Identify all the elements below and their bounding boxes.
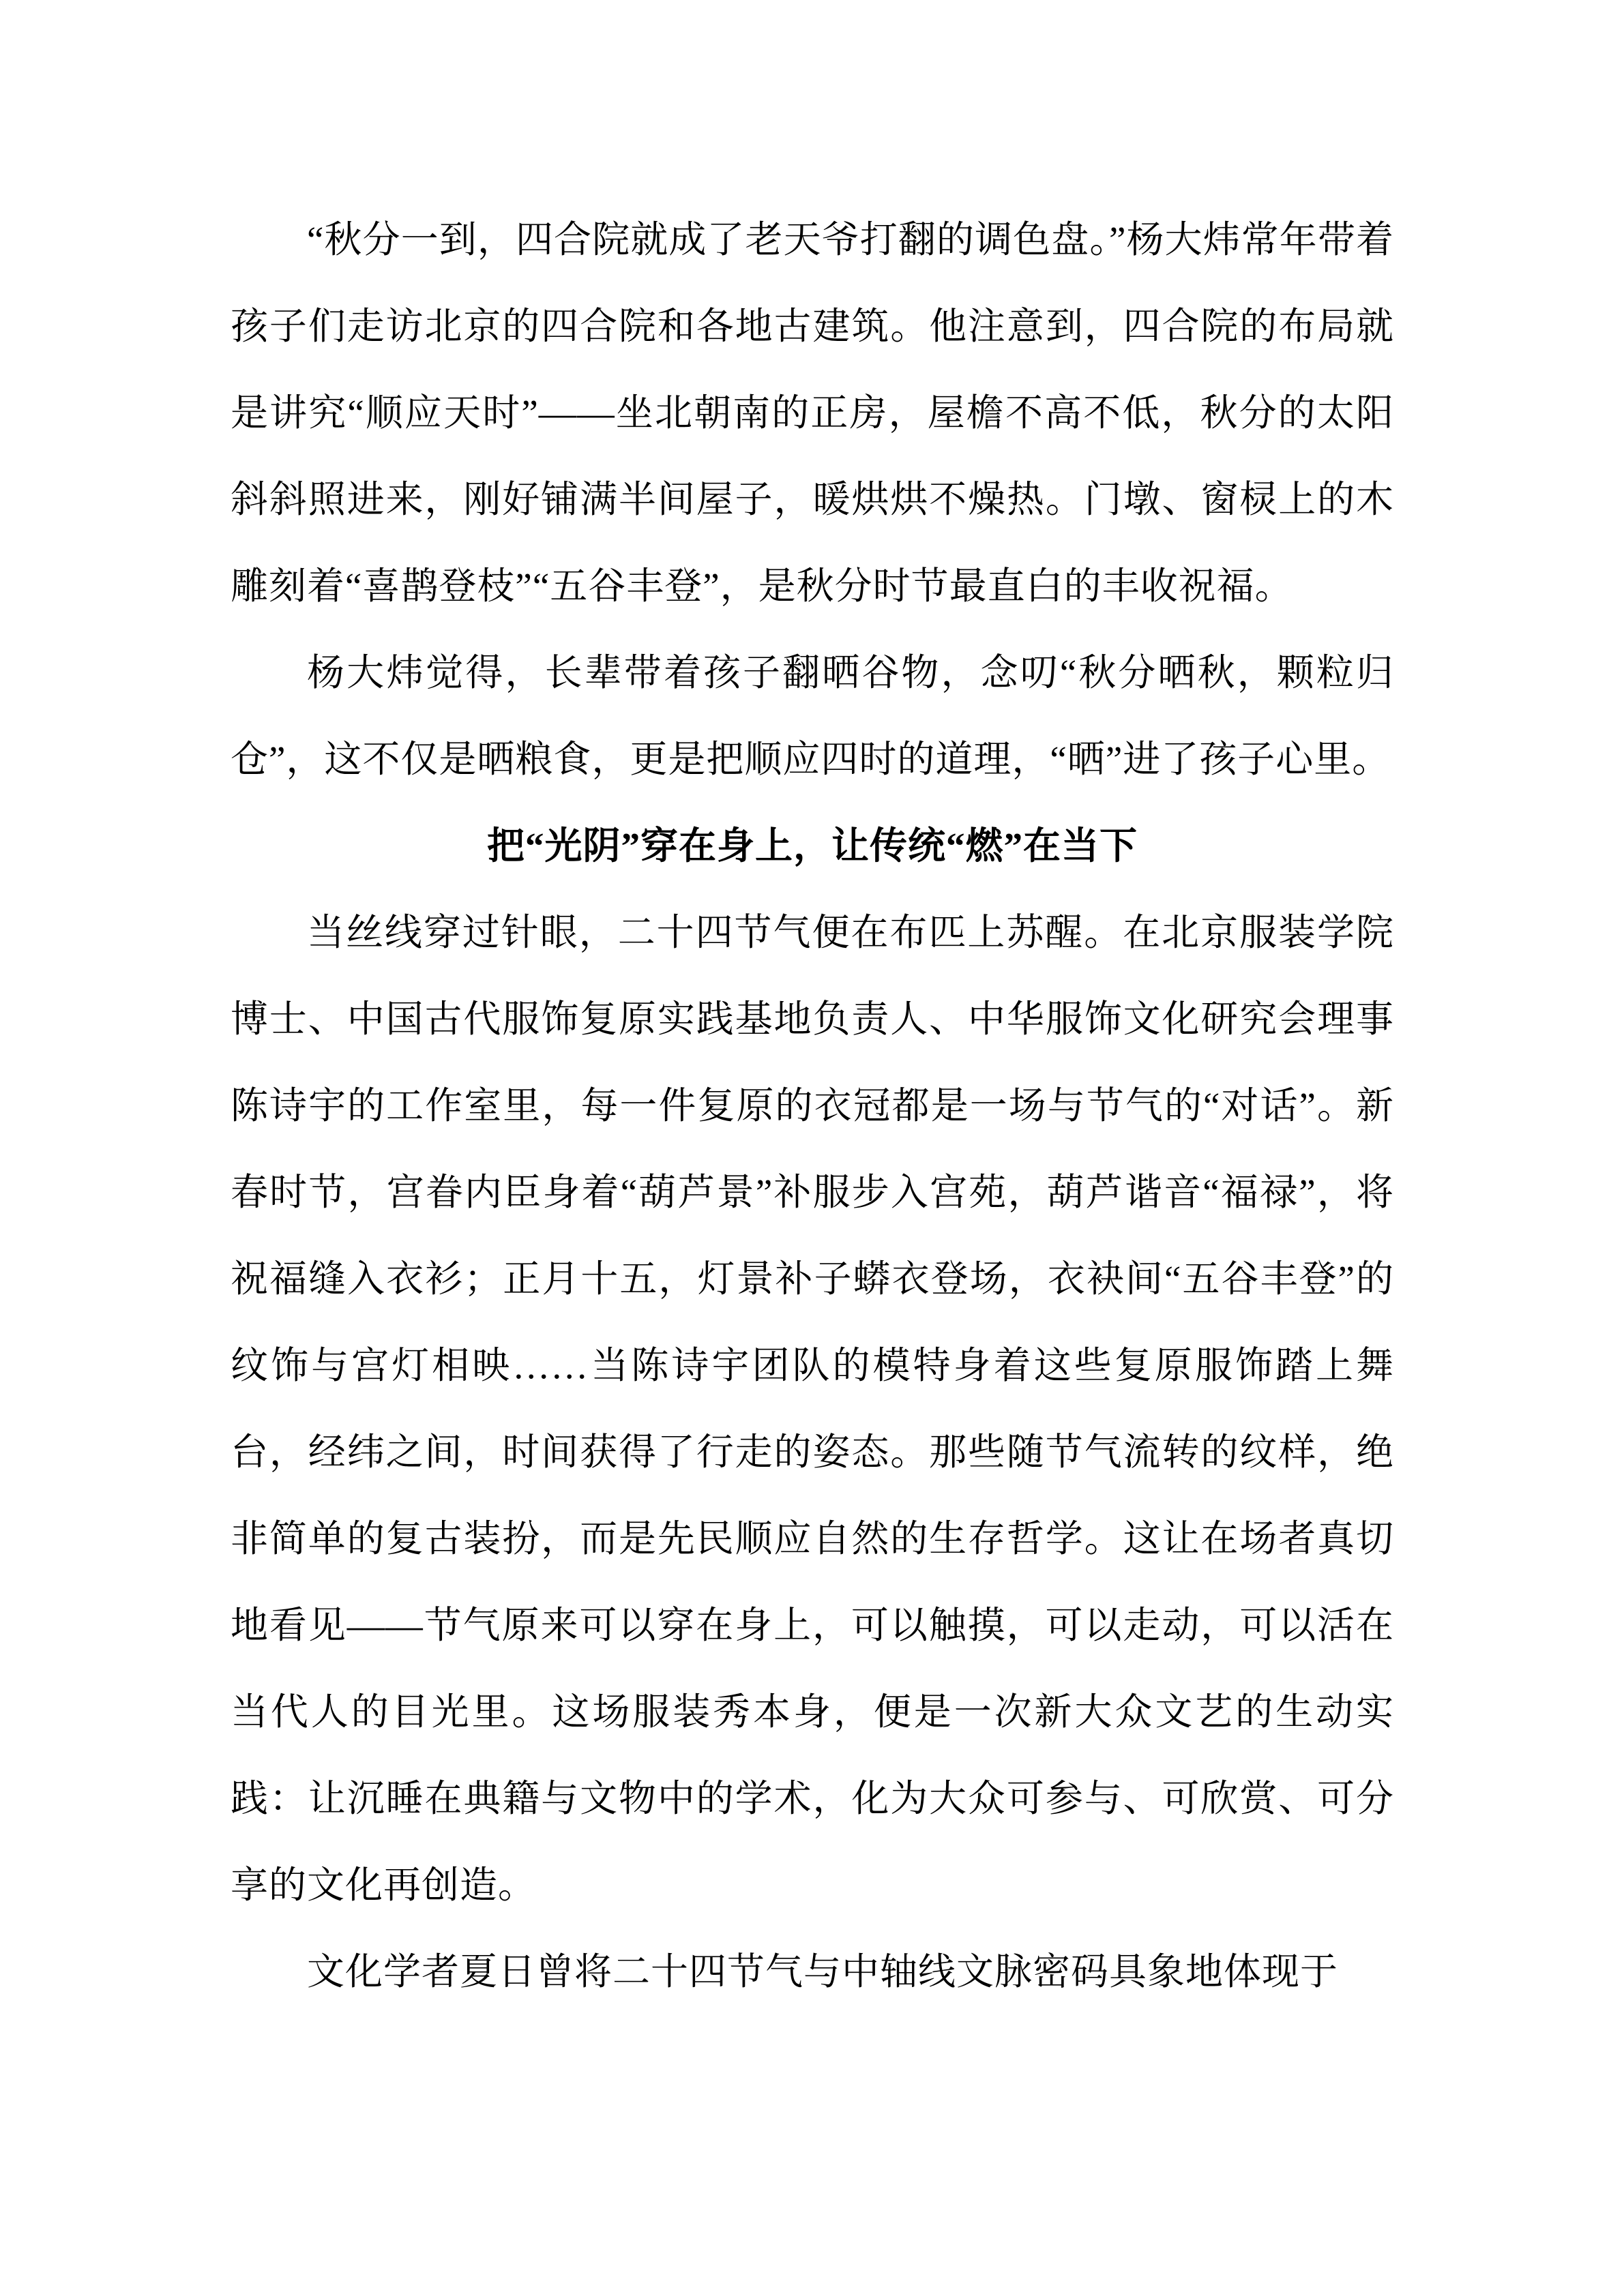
paragraph-costume-restoration: 当丝线穿过针眼，二十四节气便在布匹上苏醒。在北京服装学院博士、中国古代服饰复原实…: [231, 889, 1394, 1928]
paragraph-scholar-xiari: 文化学者夏日曾将二十四节气与中轴线文脉密码具象地体现于: [231, 1928, 1394, 2015]
document-body: “秋分一到，四合院就成了老天爷打翻的调色盘。”杨大炜常年带着孩子们走访北京的四合…: [231, 196, 1394, 2015]
paragraph-shaiqiu: 杨大炜觉得，长辈带着孩子翻晒谷物，念叨“秋分晒秋，颗粒归仓”，这不仅是晒粮食，更…: [231, 629, 1394, 803]
document-page: “秋分一到，四合院就成了老天爷打翻的调色盘。”杨大炜常年带着孩子们走访北京的四合…: [0, 0, 1624, 2296]
paragraph-qiufen-courtyard: “秋分一到，四合院就成了老天爷打翻的调色盘。”杨大炜常年带着孩子们走访北京的四合…: [231, 196, 1394, 629]
section-heading: 把“光阴”穿在身上，让传统“燃”在当下: [231, 803, 1394, 889]
